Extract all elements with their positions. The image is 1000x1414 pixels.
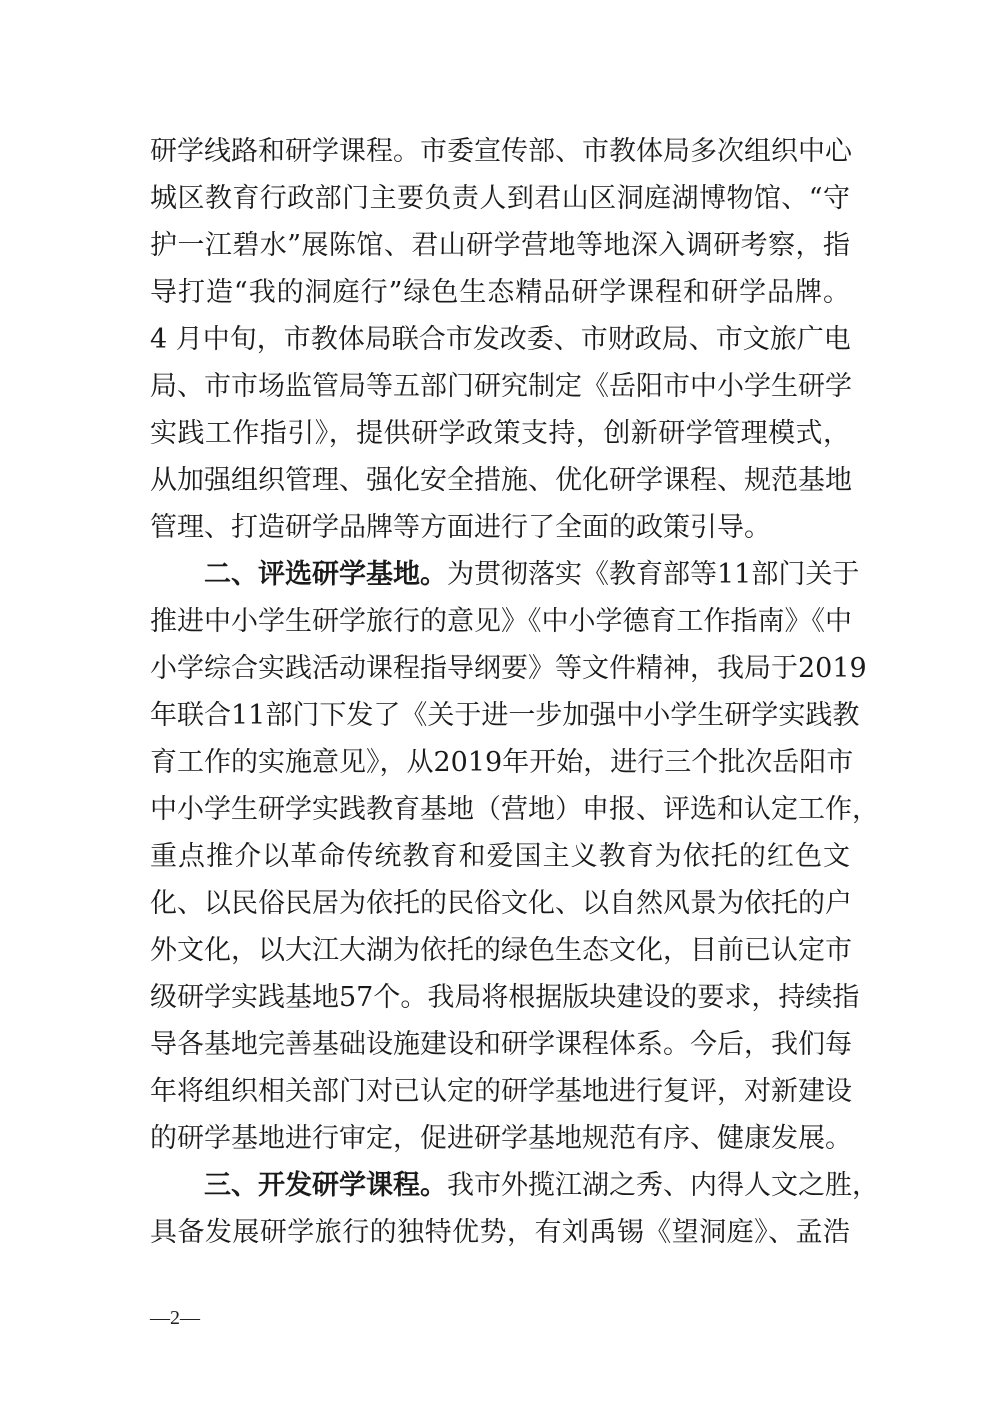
text-line: 导各基地完善基础设施建设和研学课程体系。今后，我们每: [150, 1021, 850, 1068]
text-line: 4 月中旬，市教体局联合市发改委、市财政局、市文旅广电: [150, 316, 850, 363]
page-number: —2—: [150, 1307, 200, 1330]
text-line: 实践工作指引》，提供研学政策支持，创新研学管理模式，: [150, 410, 850, 457]
text-line: 局、市市场监管局等五部门研究制定《岳阳市中小学生研学: [150, 363, 850, 410]
text-line: 年联合11部门下发了《关于进一步加强中小学生研学实践教: [150, 692, 850, 739]
document-page: 研学线路和研学课程。市委宣传部、市教体局多次组织中心 城区教育行政部门主要负责人…: [0, 0, 1000, 1414]
section-heading-line: 三、开发研学课程。我市外揽江湖之秀、内得人文之胜，: [150, 1162, 850, 1209]
text-line: 年将组织相关部门对已认定的研学基地进行复评，对新建设: [150, 1068, 850, 1115]
text-line: 级研学实践基地57个。我局将根据版块建设的要求，持续指: [150, 974, 850, 1021]
text-line: 城区教育行政部门主要负责人到君山区洞庭湖博物馆、“守: [150, 175, 850, 222]
text-line: 化、以民俗民居为依托的民俗文化、以自然风景为依托的户: [150, 880, 850, 927]
text-line: 导打造“我的洞庭行”绿色生态精品研学课程和研学品牌。: [150, 269, 850, 316]
body-text: 研学线路和研学课程。市委宣传部、市教体局多次组织中心 城区教育行政部门主要负责人…: [150, 128, 850, 1256]
text-line: 从加强组织管理、强化安全措施、优化研学课程、规范基地: [150, 457, 850, 504]
text-line: 研学线路和研学课程。市委宣传部、市教体局多次组织中心: [150, 128, 850, 175]
text-line: 管理、打造研学品牌等方面进行了全面的政策引导。: [150, 504, 850, 551]
text-line: 小学综合实践活动课程指导纲要》等文件精神，我局于2019: [150, 645, 850, 692]
text-line: 外文化，以大江大湖为依托的绿色生态文化，目前已认定市: [150, 927, 850, 974]
text-run: 我市外揽江湖之秀、内得人文之胜，: [447, 1170, 879, 1201]
text-line: 具备发展研学旅行的独特优势，有刘禹锡《望洞庭》、孟浩: [150, 1209, 850, 1256]
text-line: 护一江碧水”展陈馆、君山研学营地等地深入调研考察，指: [150, 222, 850, 269]
text-line: 推进中小学生研学旅行的意见》《中小学德育工作指南》《中: [150, 598, 850, 645]
section-heading: 三、开发研学课程。: [150, 1170, 447, 1201]
text-line: 中小学生研学实践教育基地（营地）申报、评选和认定工作，: [150, 786, 850, 833]
text-line: 育工作的实施意见》，从2019年开始，进行三个批次岳阳市: [150, 739, 850, 786]
text-line: 重点推介以革命传统教育和爱国主义教育为依托的红色文: [150, 833, 850, 880]
text-run: 为贯彻落实《教育部等11部门关于: [447, 559, 859, 590]
section-heading: 二、评选研学基地。: [150, 559, 447, 590]
section-heading-line: 二、评选研学基地。为贯彻落实《教育部等11部门关于: [150, 551, 850, 598]
text-line: 的研学基地进行审定，促进研学基地规范有序、健康发展。: [150, 1115, 850, 1162]
